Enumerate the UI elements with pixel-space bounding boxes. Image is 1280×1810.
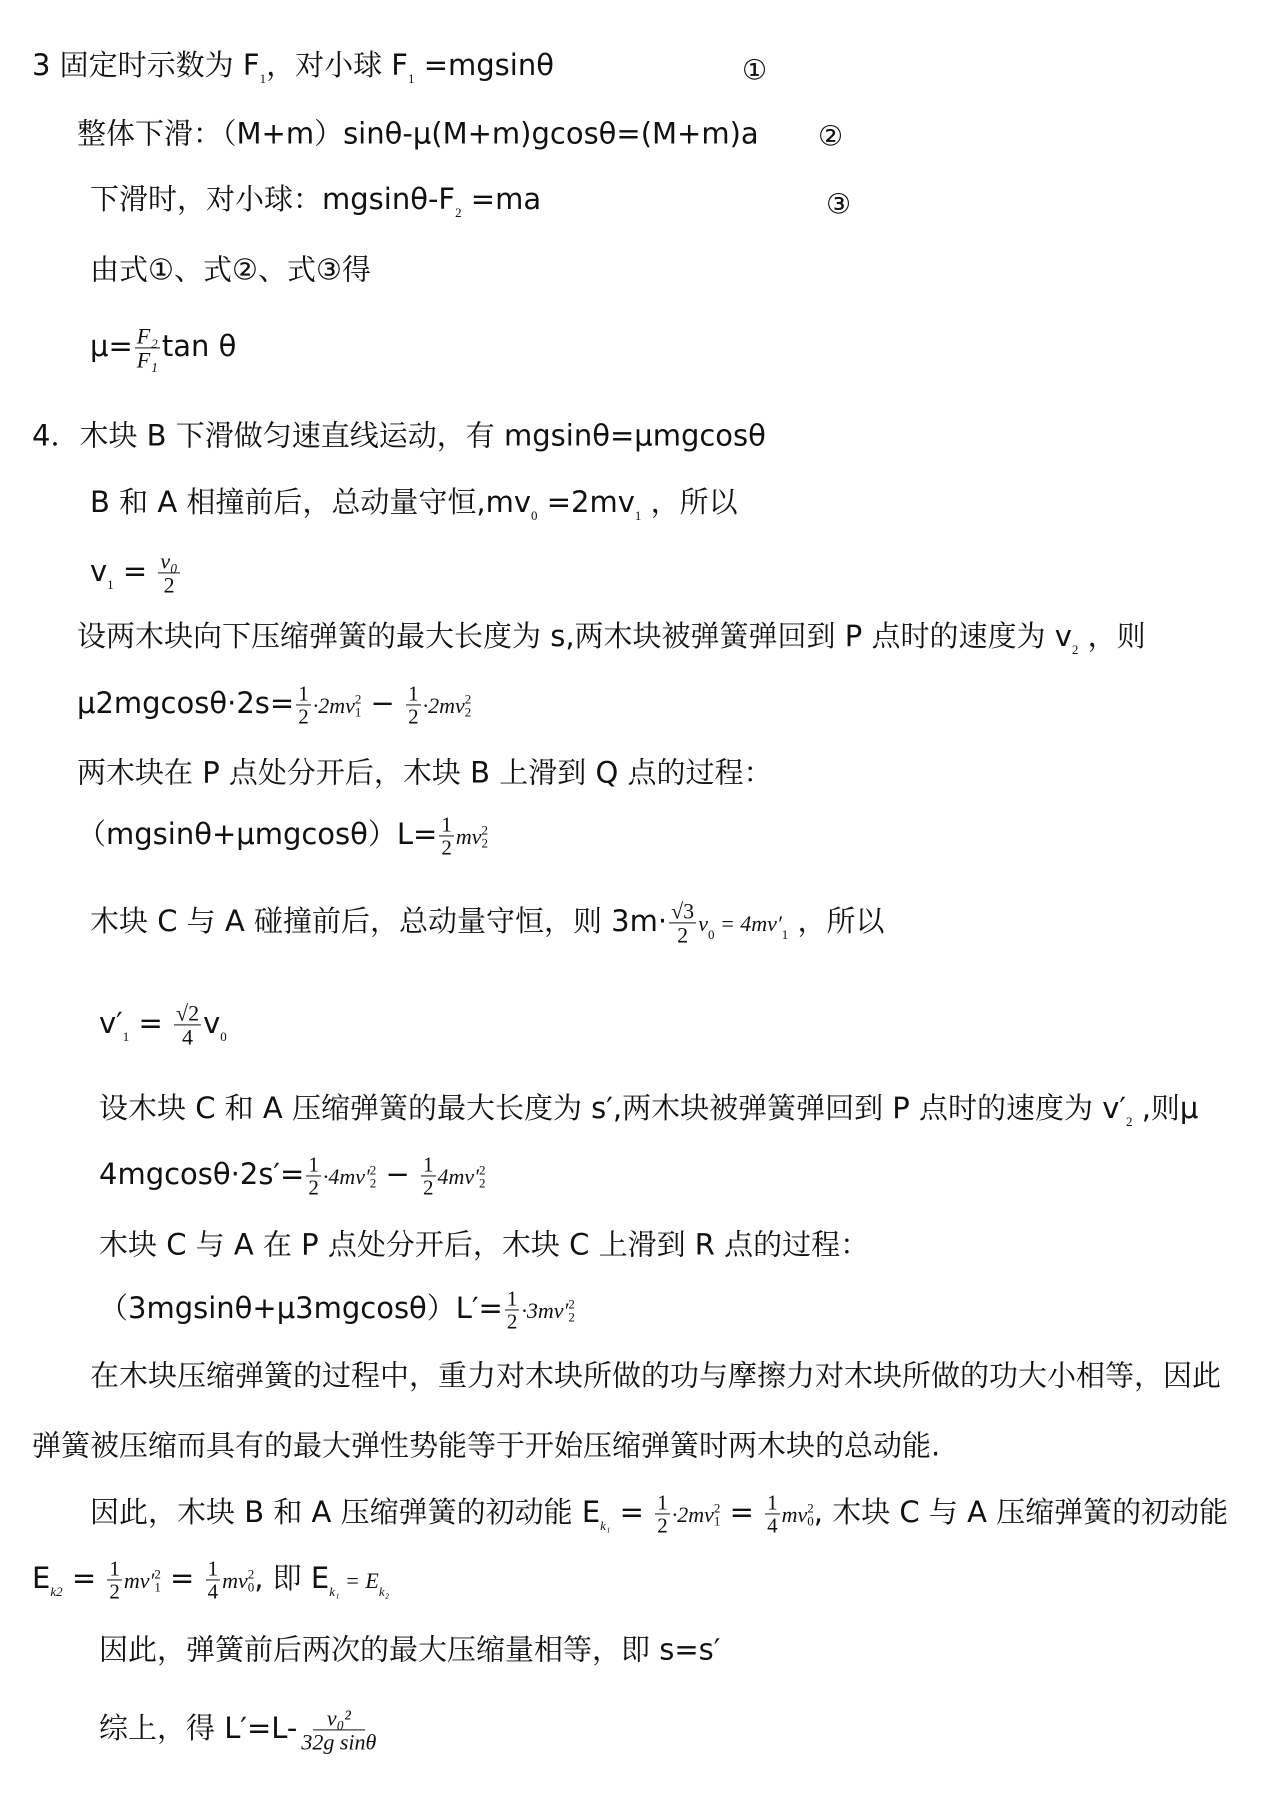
work-eq-b: （mgsinθ+μmgcosθ）L=12mv22 bbox=[77, 813, 488, 858]
text: =2mv bbox=[538, 485, 635, 519]
denominator: 2 bbox=[439, 837, 454, 859]
fraction: √24 bbox=[174, 1001, 201, 1048]
subscript: k₂ bbox=[379, 1584, 389, 1599]
term: ·2mv bbox=[423, 693, 465, 718]
text: 设两木块向下压缩弹簧的最大长度为 s,两木块被弹簧弹回到 P 点时的速度为 v bbox=[77, 619, 1072, 653]
kinetic-energy-line-2: Ek2 = 12mv′21 = 14mv20, 即 Ek₁ = Ek₂ bbox=[32, 1557, 389, 1602]
fraction: 12 bbox=[439, 813, 454, 858]
term: mv bbox=[782, 1502, 808, 1527]
text: , 木块 C 与 A 压缩弹簧的初动能 bbox=[814, 1495, 1228, 1529]
sup-sub: 22 bbox=[479, 1163, 486, 1189]
term: ·2mv bbox=[672, 1502, 714, 1527]
numerator: v₀² bbox=[313, 1706, 365, 1730]
text: 设木块 C 和 A 压缩弹簧的最大长度为 s′,两木块被弹簧弹回到 P 点时的速… bbox=[99, 1091, 1126, 1125]
subscript: k2 bbox=[50, 1584, 62, 1599]
text: 综上，得 L′=L- bbox=[99, 1711, 297, 1745]
text: 因此，木块 B 和 A 压缩弹簧的初动能 E bbox=[90, 1495, 600, 1529]
text: v bbox=[90, 554, 107, 588]
denominator: 2 bbox=[505, 1311, 520, 1333]
subscript: 2 bbox=[568, 1310, 575, 1323]
equation-marker-3: ③ bbox=[826, 188, 851, 221]
denominator: 4 bbox=[765, 1515, 780, 1537]
numerator: 1 bbox=[296, 682, 311, 705]
mu-result: μ=F₂F₁tan θ bbox=[90, 324, 236, 371]
sup-sub: 22 bbox=[482, 823, 489, 849]
superscript: 2 bbox=[479, 1163, 486, 1176]
numerator: 1 bbox=[107, 1557, 122, 1580]
denominator: 2 bbox=[406, 706, 421, 728]
fraction: 12 bbox=[306, 1153, 321, 1198]
denominator: 4 bbox=[180, 1026, 195, 1049]
reasoning-line-1: 在木块压缩弹簧的过程中，重力对木块所做的功与摩擦力对木块所做的功大小相等，因此 bbox=[90, 1362, 1221, 1391]
text: = bbox=[610, 1495, 653, 1529]
momentum-line-c: 木块 C 与 A 碰撞前后，总动量守恒，则 3m·√32v0 = 4mv′1 ，… bbox=[90, 899, 884, 946]
reasoning-line-2: 弹簧被压缩而具有的最大弹性势能等于开始压缩弹簧时两木块的总动能. bbox=[32, 1432, 940, 1461]
superscript: 2 bbox=[568, 1297, 575, 1310]
text: 下滑时，对小球：mgsinθ-F bbox=[90, 182, 455, 216]
denominator: 2 bbox=[421, 1177, 436, 1199]
text: = bbox=[114, 554, 157, 588]
denominator: 2 bbox=[162, 574, 177, 597]
text: 木块 C 与 A 碰撞前后，总动量守恒，则 3m· bbox=[90, 904, 667, 938]
kinetic-energy-line-1: 因此，木块 B 和 A 压缩弹簧的初动能 Ek₁ = 12·2mv21 = 14… bbox=[90, 1491, 1228, 1536]
derivation-note: 由式①、式②、式③得 bbox=[90, 256, 371, 285]
fraction: 14 bbox=[206, 1557, 221, 1602]
text: − bbox=[361, 686, 404, 720]
subscript: k₁ bbox=[600, 1518, 610, 1533]
fraction: 12 bbox=[296, 682, 311, 727]
term: mv bbox=[222, 1568, 248, 1593]
denominator: 2 bbox=[675, 924, 690, 947]
sup-sub: 22 bbox=[568, 1297, 575, 1323]
assumption-line-c: 设木块 C 和 A 压缩弹簧的最大长度为 s′,两木块被弹簧弹回到 P 点时的速… bbox=[99, 1094, 1198, 1128]
numerator: √3 bbox=[669, 899, 696, 923]
eq-line-1: 3 固定时示数为 F1，对小球 F1 =mgsinθ bbox=[32, 51, 554, 85]
denominator: 4 bbox=[206, 1581, 221, 1603]
equation-marker-1: ① bbox=[742, 54, 767, 87]
text: = bbox=[161, 1561, 204, 1595]
fraction: 12 bbox=[505, 1287, 520, 1332]
denominator: 2 bbox=[107, 1581, 122, 1603]
numerator: 1 bbox=[406, 682, 421, 705]
superscript: 2 bbox=[482, 823, 489, 836]
text: （mgsinθ+μmgcosθ）L= bbox=[77, 817, 437, 851]
numerator: √2 bbox=[174, 1001, 201, 1025]
work-eq-c: （3mgsinθ+μ3mgcosθ）L′=12·3mv′22 bbox=[99, 1287, 575, 1332]
text: 4mgcosθ·2s′= bbox=[99, 1157, 304, 1191]
text: =mgsinθ bbox=[414, 48, 553, 82]
text: = bbox=[720, 1495, 763, 1529]
fraction: 12 bbox=[406, 682, 421, 727]
text: μ2mgcosθ·2s= bbox=[77, 686, 294, 720]
assumption-line: 设两木块向下压缩弹簧的最大长度为 s,两木块被弹簧弹回到 P 点时的速度为 v2… bbox=[77, 622, 1146, 656]
denominator: 2 bbox=[655, 1515, 670, 1537]
fraction: √32 bbox=[669, 899, 696, 946]
text: ,则μ bbox=[1132, 1091, 1198, 1125]
denominator: 2 bbox=[296, 706, 311, 728]
text: ，对小球 F bbox=[266, 48, 408, 82]
numerator: 1 bbox=[765, 1491, 780, 1514]
numerator: 1 bbox=[421, 1153, 436, 1176]
v1-result: v1 = v₀2 bbox=[90, 549, 182, 596]
term: ·2mv bbox=[313, 693, 355, 718]
text: = bbox=[63, 1561, 106, 1595]
fraction: F₂F₁ bbox=[135, 324, 160, 371]
denominator: 32g sinθ bbox=[299, 1731, 378, 1754]
text: ，所以 bbox=[788, 904, 884, 938]
numerator: 1 bbox=[439, 813, 454, 836]
sup-sub: 22 bbox=[465, 692, 472, 718]
numerator: v₀ bbox=[158, 549, 179, 573]
text: μ= bbox=[90, 329, 133, 363]
fraction: 12 bbox=[107, 1557, 122, 1602]
term: 4mv′ bbox=[438, 1164, 479, 1189]
text: v bbox=[203, 1006, 220, 1040]
superscript: 2 bbox=[465, 692, 472, 705]
term: mv′ bbox=[124, 1568, 154, 1593]
equation-marker-2: ② bbox=[818, 120, 843, 153]
eq-line-3: 下滑时，对小球：mgsinθ-F2 =ma bbox=[90, 185, 541, 219]
text: ，则 bbox=[1078, 619, 1145, 653]
fraction: v₀²32g sinθ bbox=[299, 1706, 378, 1753]
subscript: 2 bbox=[482, 836, 489, 849]
numerator: F₂ bbox=[135, 324, 160, 348]
fraction: 12 bbox=[655, 1491, 670, 1536]
subscript: k₁ bbox=[329, 1584, 339, 1599]
text: tan θ bbox=[162, 329, 236, 363]
text: = bbox=[129, 1006, 172, 1040]
text: =ma bbox=[462, 182, 542, 216]
separation-line-c: 木块 C 与 A 在 P 点处分开后，木块 C 上滑到 R 点的过程： bbox=[99, 1231, 869, 1260]
text: 3 固定时示数为 F bbox=[32, 48, 260, 82]
text: , 即 E bbox=[254, 1561, 329, 1595]
subscript: 2 bbox=[465, 705, 472, 718]
numerator: 1 bbox=[505, 1287, 520, 1310]
denominator: F₁ bbox=[135, 349, 160, 372]
fraction: 12 bbox=[421, 1153, 436, 1198]
fraction: v₀2 bbox=[158, 549, 179, 596]
numerator: 1 bbox=[655, 1491, 670, 1514]
section-4-heading: 4．木块 B 下滑做匀速直线运动，有 mgsinθ=μmgcosθ bbox=[32, 422, 766, 451]
momentum-line: B 和 A 相撞前后，总动量守恒,mv0 =2mv1 ，所以 bbox=[90, 488, 738, 522]
numerator: 1 bbox=[206, 1557, 221, 1580]
subscript: 0 bbox=[220, 1029, 227, 1044]
separation-line-b: 两木块在 P 点处分开后，木块 B 上滑到 Q 点的过程： bbox=[77, 759, 773, 788]
final-result: 综上，得 L′=L-v₀²32g sinθ bbox=[99, 1706, 380, 1753]
v1-prime-result: v′1 = √24v0 bbox=[99, 1001, 227, 1048]
eq-line-2: 整体下滑：（M+m）sinθ-μ(M+m)gcosθ=(M+m)a bbox=[77, 120, 759, 149]
text: B 和 A 相撞前后，总动量守恒,mv bbox=[90, 485, 531, 519]
text: E bbox=[32, 1561, 50, 1595]
numerator: 1 bbox=[306, 1153, 321, 1176]
term: v bbox=[698, 911, 708, 936]
fraction: 14 bbox=[765, 1491, 780, 1536]
energy-eq-1: μ2mgcosθ·2s=12·2mv21 − 12·2mv22 bbox=[77, 682, 471, 727]
subscript: 2 bbox=[479, 1176, 486, 1189]
denominator: 2 bbox=[306, 1177, 321, 1199]
term: mv bbox=[456, 824, 482, 849]
text: （3mgsinθ+μ3mgcosθ）L′= bbox=[99, 1291, 503, 1325]
term: = 4mv′ bbox=[714, 911, 781, 936]
conclusion-line-1: 因此，弹簧前后两次的最大压缩量相等，即 s=s′ bbox=[99, 1636, 720, 1665]
text: − bbox=[376, 1157, 419, 1191]
text: ，所以 bbox=[641, 485, 737, 519]
text: v′ bbox=[99, 1006, 123, 1040]
term: ·3mv′ bbox=[521, 1298, 568, 1323]
term: = E bbox=[340, 1568, 379, 1593]
energy-eq-2: 4mgcosθ·2s′=12·4mv′22 − 124mv′22 bbox=[99, 1153, 486, 1198]
term: ·4mv′ bbox=[323, 1164, 370, 1189]
